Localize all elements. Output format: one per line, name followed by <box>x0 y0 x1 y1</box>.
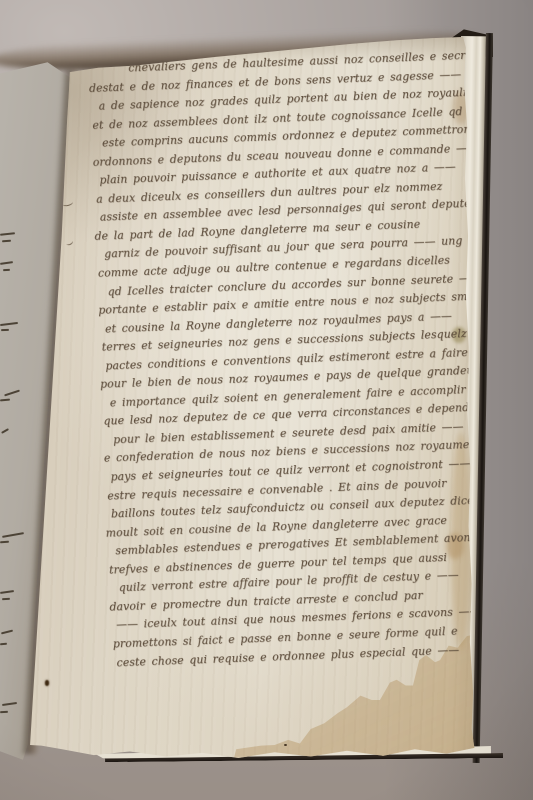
ink-blot <box>45 680 50 686</box>
facing-page-ink-stroke <box>4 390 20 397</box>
facing-page-ink-stroke <box>0 541 9 543</box>
archival-manuscript-photo: 245 chevaliers gens de haultesime aussi … <box>0 0 533 800</box>
facing-page-ink-stroke <box>0 711 8 713</box>
facing-page-ink-stroke <box>2 532 24 538</box>
paper-speck <box>284 744 287 747</box>
facing-page-ink-stroke <box>1 329 9 331</box>
facing-page-ink-stroke <box>1 428 9 434</box>
margin-ink-mark <box>65 239 73 246</box>
facing-page-ink-stroke <box>0 322 18 326</box>
facing-page-ink-stroke <box>1 630 13 635</box>
facing-page-ink-stroke <box>2 240 11 242</box>
facing-page-ink-stroke <box>2 598 10 600</box>
facing-page-ink-stroke <box>0 261 13 265</box>
facing-page-ink-stroke <box>0 232 15 235</box>
manuscript-page: 245 chevaliers gens de haultesime aussi … <box>26 33 478 758</box>
manuscript-text: chevaliers gens de haultesime aussi noz … <box>88 47 491 673</box>
facing-page-ink-stroke <box>0 399 10 402</box>
facing-page-ink-stroke <box>2 702 17 706</box>
facing-page-ink-stroke <box>0 643 7 645</box>
facing-page-ink-stroke <box>0 590 14 594</box>
facing-page-ink-stroke <box>3 269 10 271</box>
